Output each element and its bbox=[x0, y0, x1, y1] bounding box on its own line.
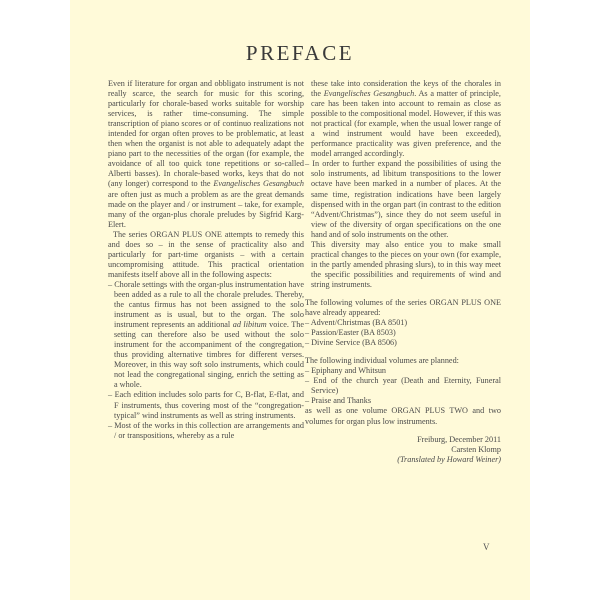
planned-volume: – Epiphany and Whitsun bbox=[305, 366, 501, 376]
place-date: Freiburg, December 2011 bbox=[305, 435, 501, 445]
series-paragraph: The series ORGAN PLUS ONE attempts to re… bbox=[108, 230, 304, 280]
aspect-item: – Each edition includes solo parts for C… bbox=[108, 390, 304, 420]
text-run: are often just as much a problem as are … bbox=[108, 190, 304, 229]
book-title: Evangelisches Gesangbuch bbox=[324, 89, 414, 98]
italic-term: ad libitum bbox=[233, 320, 267, 329]
aspect-item-continued: these take into consideration the keys o… bbox=[305, 79, 501, 159]
translator-credit: (Translated by Howard Weiner) bbox=[305, 455, 501, 465]
document-page: PREFACE Even if literature for organ and… bbox=[70, 0, 530, 600]
text-run: . As a matter of principle, care has bee… bbox=[311, 89, 501, 158]
signature-block: Freiburg, December 2011 Carsten Klomp (T… bbox=[305, 435, 501, 465]
text-run: voice. The setting can therefore also be… bbox=[114, 320, 304, 389]
left-column: Even if literature for organ and obbliga… bbox=[108, 79, 304, 441]
page-title: PREFACE bbox=[70, 41, 530, 66]
appeared-volume: – Passion/Easter (BA 8503) bbox=[305, 328, 501, 338]
aspect-item: – Chorale settings with the organ-plus i… bbox=[108, 280, 304, 391]
aspect-item: – In order to further expand the possibi… bbox=[305, 159, 501, 239]
appeared-volume: – Advent/Christmas (BA 8501) bbox=[305, 318, 501, 328]
planned-outro: as well as one volume ORGAN PLUS TWO and… bbox=[305, 406, 501, 426]
page-number: V bbox=[483, 542, 490, 552]
planned-intro: The following individual volumes are pla… bbox=[305, 356, 501, 366]
translator-text: (Translated by Howard Weiner) bbox=[397, 455, 501, 464]
planned-volume: – End of the church year (Death and Eter… bbox=[305, 376, 501, 396]
author-name: Carsten Klomp bbox=[305, 445, 501, 455]
right-column: these take into consideration the keys o… bbox=[305, 79, 501, 465]
text-run: Even if literature for organ and obbliga… bbox=[108, 79, 304, 188]
planned-volume: – Praise and Thanks bbox=[305, 396, 501, 406]
appeared-intro: The following volumes of the series ORGA… bbox=[305, 298, 501, 318]
intro-paragraph: Even if literature for organ and obbliga… bbox=[108, 79, 304, 230]
appeared-volume: – Divine Service (BA 8506) bbox=[305, 338, 501, 348]
book-title: Evangelisches Gesangbuch bbox=[213, 179, 304, 188]
aspect-item: – Most of the works in this collection a… bbox=[108, 421, 304, 441]
diversity-paragraph: This diversity may also entice you to ma… bbox=[305, 240, 501, 290]
